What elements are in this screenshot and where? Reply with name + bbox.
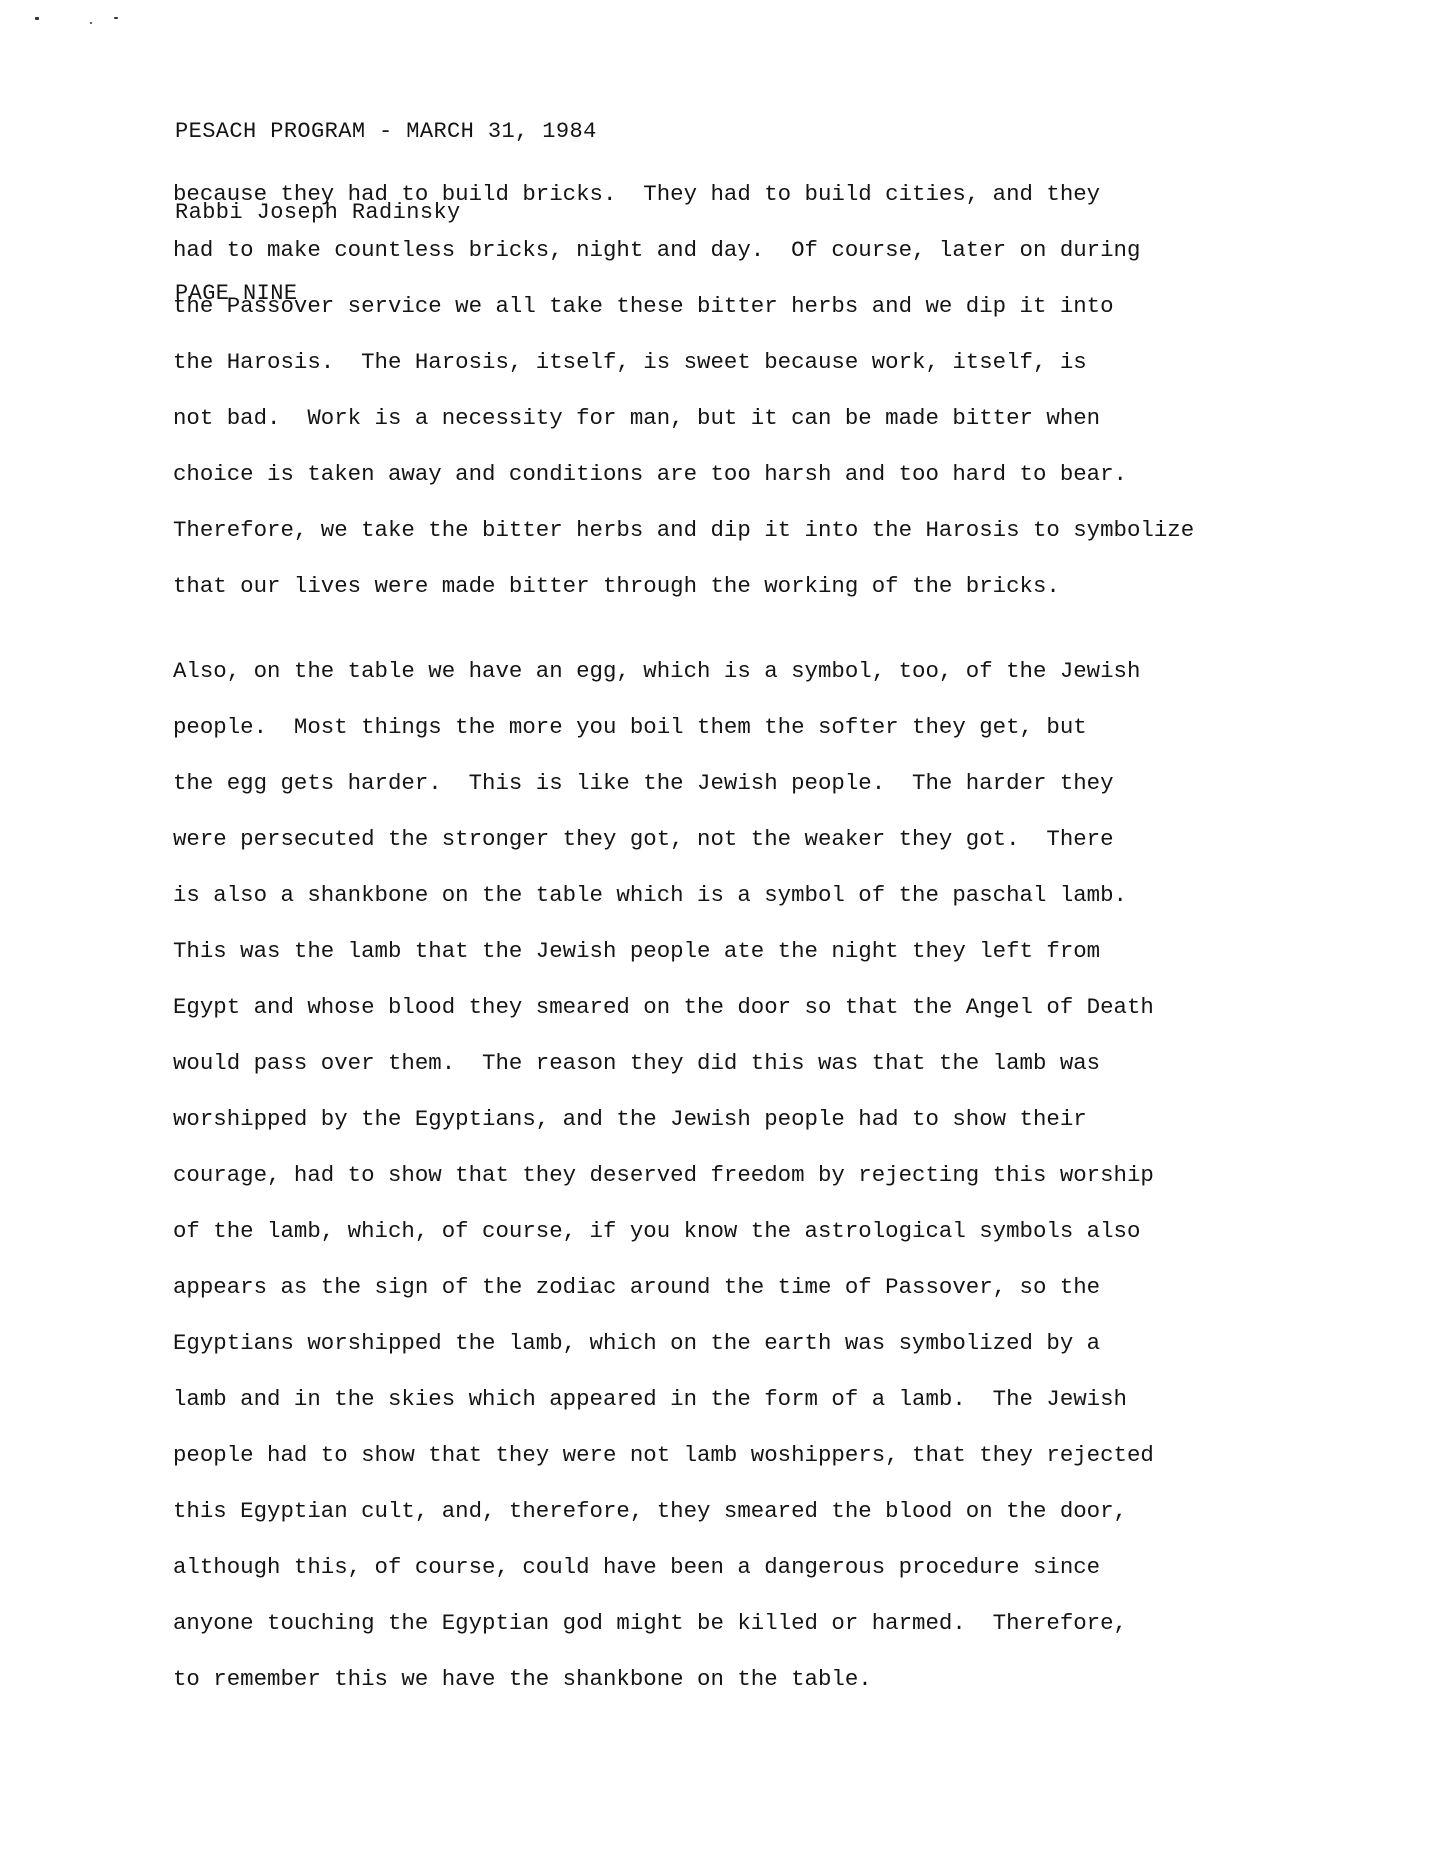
text-line: would pass over them. The reason they di… (173, 1052, 1154, 1108)
scan-artifact (35, 17, 39, 20)
text-line: appears as the sign of the zodiac around… (173, 1276, 1154, 1332)
text-line: were persecuted the stronger they got, n… (173, 828, 1154, 884)
text-line: not bad. Work is a necessity for man, bu… (173, 407, 1194, 463)
text-line: although this, of course, could have bee… (173, 1556, 1154, 1612)
text-line: the Harosis. The Harosis, itself, is swe… (173, 351, 1194, 407)
text-line: Also, on the table we have an egg, which… (173, 660, 1154, 716)
program-title: PESACH PROGRAM - MARCH 31, 1984 (175, 118, 597, 145)
text-line: the egg gets harder. This is like the Je… (173, 772, 1154, 828)
text-line: Therefore, we take the bitter herbs and … (173, 519, 1194, 575)
text-line: of the lamb, which, of course, if you kn… (173, 1220, 1154, 1276)
scan-artifact (90, 22, 92, 24)
paragraph-bitter-herbs: because they had to build bricks. They h… (173, 183, 1194, 631)
text-line: had to make countless bricks, night and … (173, 239, 1194, 295)
paragraph-egg-shankbone: Also, on the table we have an egg, which… (173, 660, 1154, 1724)
text-line: is also a shankbone on the table which i… (173, 884, 1154, 940)
text-line: Egyptians worshipped the lamb, which on … (173, 1332, 1154, 1388)
text-line: people. Most things the more you boil th… (173, 716, 1154, 772)
text-line: choice is taken away and conditions are … (173, 463, 1194, 519)
text-line: Egypt and whose blood they smeared on th… (173, 996, 1154, 1052)
text-line: courage, had to show that they deserved … (173, 1164, 1154, 1220)
text-line: This was the lamb that the Jewish people… (173, 940, 1154, 996)
text-line: lamb and in the skies which appeared in … (173, 1388, 1154, 1444)
text-line: people had to show that they were not la… (173, 1444, 1154, 1500)
text-line: that our lives were made bitter through … (173, 575, 1194, 631)
text-line: worshipped by the Egyptians, and the Jew… (173, 1108, 1154, 1164)
text-line: anyone touching the Egyptian god might b… (173, 1612, 1154, 1668)
text-line: this Egyptian cult, and, therefore, they… (173, 1500, 1154, 1556)
text-line: to remember this we have the shankbone o… (173, 1668, 1154, 1724)
text-line: the Passover service we all take these b… (173, 295, 1194, 351)
text-line: because they had to build bricks. They h… (173, 183, 1194, 239)
scan-artifact (114, 17, 118, 19)
